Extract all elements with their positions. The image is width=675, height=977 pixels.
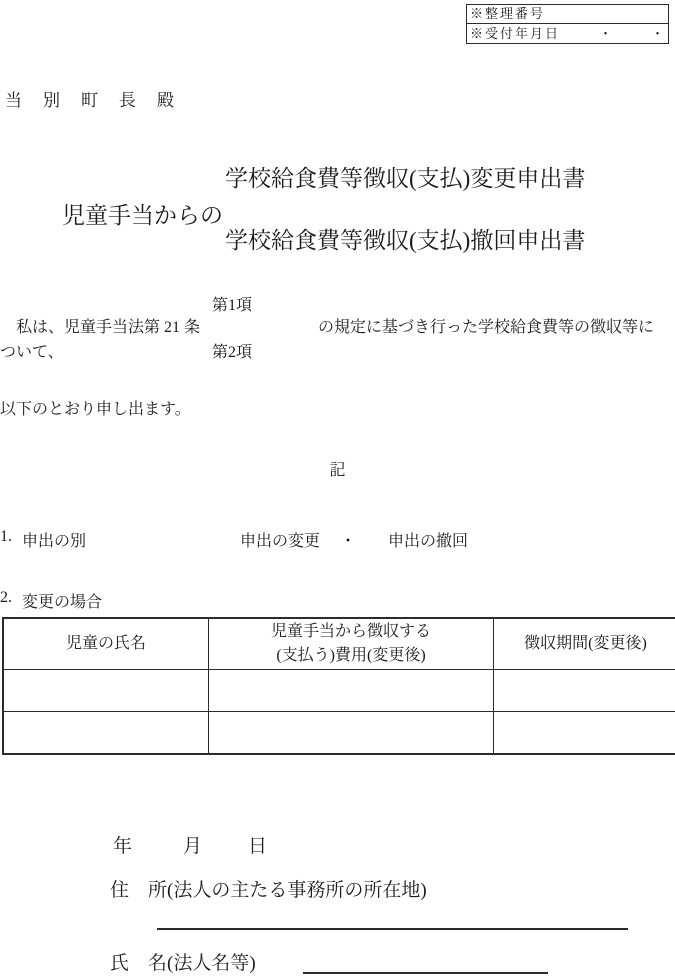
serial-number-label: ※整理番号 bbox=[470, 6, 545, 21]
serial-number-row: ※整理番号 bbox=[467, 5, 668, 23]
empty-cell bbox=[209, 712, 494, 755]
option-change: 申出の変更 bbox=[240, 528, 320, 551]
item1-number: 1. bbox=[0, 528, 12, 546]
col-child-name-header: 児童の氏名 bbox=[3, 618, 209, 670]
clause-option-1: 第1項 bbox=[212, 292, 252, 315]
empty-cell bbox=[209, 670, 494, 712]
change-table: 児童の氏名 児童手当から徴収する (支払う)費用(変更後) 徴収期間(変更後) bbox=[2, 617, 675, 755]
table-header-row: 児童の氏名 児童手当から徴収する (支払う)費用(変更後) 徴収期間(変更後) bbox=[3, 618, 675, 670]
col-period-header: 徴収期間(変更後) bbox=[494, 618, 675, 670]
item1-label: 申出の別 bbox=[22, 528, 86, 551]
address-underline bbox=[157, 928, 628, 930]
title-change-line: 学校給食費等徴収(支払)変更申出書 bbox=[225, 160, 585, 193]
table-row bbox=[3, 670, 675, 712]
body-intro-start: 私は、児童手当法第 21 条 bbox=[0, 314, 200, 337]
record-heading: 記 bbox=[0, 457, 675, 480]
item2-label: 変更の場合 bbox=[22, 589, 102, 612]
body-intro-continue: の規定に基づき行った学校給食費等の徴収等に bbox=[318, 314, 654, 337]
title-withdraw-line: 学校給食費等徴収(支払)撤回申出書 bbox=[225, 222, 585, 255]
col-fee-header-line2: (支払う)費用(変更後) bbox=[209, 644, 493, 668]
table-row bbox=[3, 712, 675, 755]
col-fee-header: 児童手当から徴収する (支払う)費用(変更後) bbox=[209, 618, 494, 670]
option-separator: ・ bbox=[340, 528, 356, 551]
application-form-page: ※整理番号 ※受付年月日 ・ ・ 当 別 町 長 殿 児童手当からの 学校給食費… bbox=[0, 0, 675, 977]
empty-cell bbox=[494, 712, 675, 755]
address-label: 住 所(法人の主たる事務所の所在地) bbox=[110, 875, 427, 902]
empty-cell bbox=[3, 712, 209, 755]
date-separator-dot: ・ bbox=[651, 24, 664, 43]
addressee-line: 当 別 町 長 殿 bbox=[5, 86, 176, 111]
name-underline bbox=[303, 972, 548, 974]
receipt-date-label: ※受付年月日 bbox=[470, 26, 560, 41]
receipt-date-row: ※受付年月日 ・ ・ bbox=[467, 23, 668, 43]
empty-cell bbox=[494, 670, 675, 712]
title-prefix: 児童手当からの bbox=[62, 197, 223, 230]
date-month-label: 月 bbox=[183, 831, 202, 858]
clause-option-2: 第2項 bbox=[212, 339, 252, 362]
col-fee-header-line1: 児童手当から徴収する bbox=[209, 620, 493, 644]
date-separator-dot: ・ bbox=[599, 24, 612, 43]
date-year-label: 年 bbox=[113, 831, 132, 858]
date-day-label: 日 bbox=[248, 831, 267, 858]
body-closing: 以下のとおり申し出ます。 bbox=[0, 396, 191, 419]
body-intro-wrap: ついて、 bbox=[0, 339, 64, 362]
empty-cell bbox=[3, 670, 209, 712]
option-withdraw: 申出の撤回 bbox=[388, 528, 468, 551]
office-use-box: ※整理番号 ※受付年月日 ・ ・ bbox=[466, 4, 669, 44]
item2-number: 2. bbox=[0, 589, 12, 607]
name-label: 氏 名(法人名等) bbox=[110, 948, 256, 975]
